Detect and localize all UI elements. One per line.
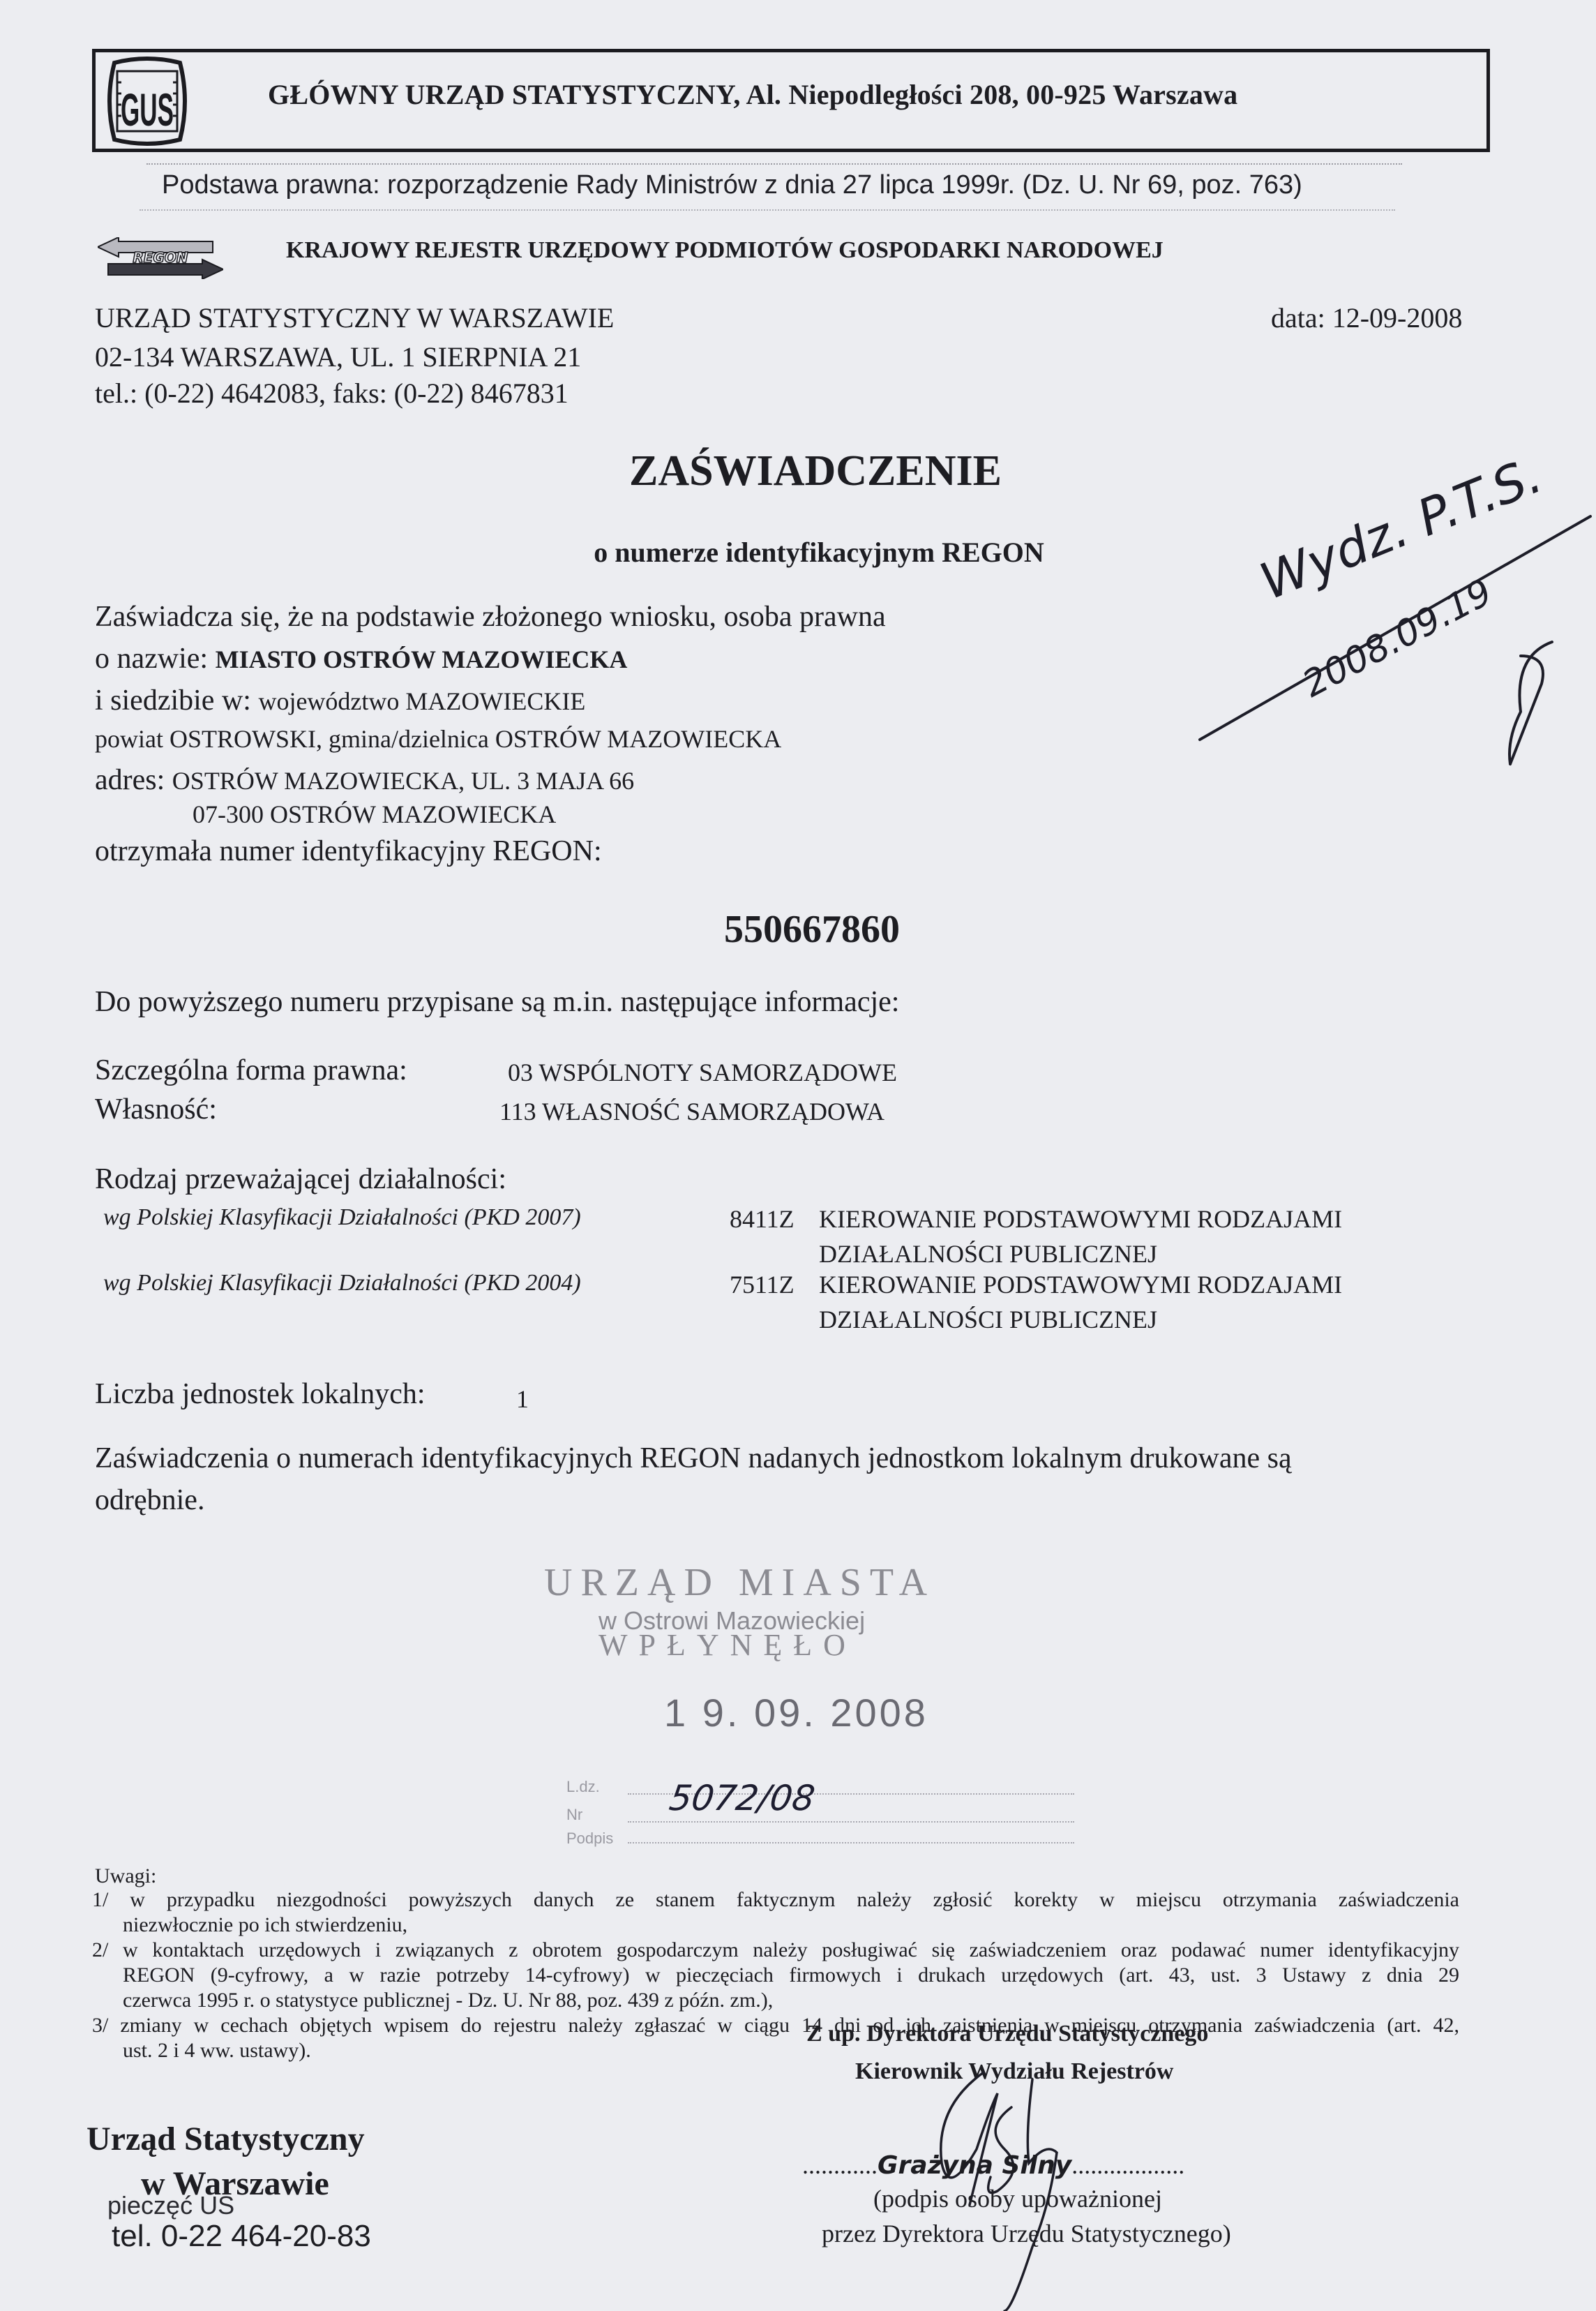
local-certs-note-cont: odrębnie. bbox=[95, 1483, 204, 1517]
ownership-label: Własność: bbox=[95, 1093, 217, 1126]
entity-name: MIASTO OSTRÓW MAZOWIECKA bbox=[216, 645, 628, 673]
office-stamp-title: Urząd Statystyczny bbox=[86, 2120, 365, 2158]
activity-label: Rodzaj przeważającej działalności: bbox=[95, 1162, 506, 1196]
note-1-cont: niezwłocznie po ich stwierdzeniu, bbox=[123, 1913, 407, 1937]
voivodeship-label: województwo bbox=[258, 687, 405, 715]
signature-caption-cont: przez Dyrektora Urzędu Statystycznego) bbox=[822, 2219, 1231, 2248]
district: powiat OSTROWSKI, gmina/dzielnica OSTRÓW… bbox=[95, 724, 781, 754]
note-2: 2/ w kontaktach urzędowych i związanych … bbox=[92, 1938, 1459, 1962]
divider bbox=[146, 163, 1402, 165]
entity-address-row: adres: OSTRÓW MAZOWIECKA, UL. 3 MAJA 66 bbox=[95, 763, 634, 797]
regon-number: 550667860 bbox=[0, 907, 1596, 952]
gus-logo-icon: GUS bbox=[102, 56, 193, 147]
intro-text: Zaświadcza się, że na podstawie złożoneg… bbox=[95, 600, 886, 634]
entity-name-label: o nazwie: bbox=[95, 643, 216, 675]
note-3-line: 3/ zmiany w cechach objętych wpisem do r… bbox=[92, 2014, 1459, 2037]
note-3: 3/ zmiany w cechach objętych wpisem do r… bbox=[92, 2014, 1459, 2037]
signature-on-behalf: Z up. Dyrektora Urzędu Statystycznego bbox=[806, 2021, 1208, 2047]
receipt-stamp-title: URZĄD MIASTA bbox=[544, 1560, 935, 1605]
receipt-stamp-nr-label: Nr bbox=[566, 1806, 582, 1824]
local-certs-note: Zaświadczenia o numerach identyfikacyjny… bbox=[95, 1442, 1292, 1475]
note-2-line: 2/ w kontaktach urzędowych i związanych … bbox=[92, 1938, 1459, 1962]
divider bbox=[628, 1821, 1074, 1823]
address-label: adres: bbox=[95, 764, 172, 796]
receipt-stamp-nr-value: 5072/08 bbox=[667, 1778, 818, 1818]
office-address: 02-134 WARSZAWA, UL. 1 SIERPNIA 21 bbox=[95, 341, 581, 373]
divider bbox=[628, 1842, 1074, 1843]
divider bbox=[140, 209, 1395, 211]
svg-text:2008.09.19: 2008.09.19 bbox=[1296, 571, 1499, 706]
voivodeship: MAZOWIECKIE bbox=[405, 687, 585, 715]
pkd-2007-classification: wg Polskiej Klasyfikacji Działalności (P… bbox=[103, 1204, 581, 1231]
note-2-line-b: REGON (9-cyfrowy, a w razie potrzeby 14-… bbox=[123, 1964, 1459, 1987]
receipt-stamp-signature-label: Podpis bbox=[566, 1830, 613, 1848]
issue-date: data: 12-09-2008 bbox=[1271, 301, 1462, 334]
handwritten-annotation: Wydz. P.T.S. 2008.09.19 bbox=[1186, 447, 1596, 893]
office-phone: tel.: (0-22) 4642083, faks: (0-22) 84678… bbox=[95, 377, 569, 410]
note-1-line: 1/ w przypadku niezgodności powyższych d… bbox=[92, 1888, 1459, 1912]
address-line-1: OSTRÓW MAZOWIECKA, UL. 3 MAJA 66 bbox=[172, 767, 634, 795]
agency-title: GŁÓWNY URZĄD STATYSTYCZNY, Al. Niepodleg… bbox=[268, 78, 1237, 111]
address-line-2: 07-300 OSTRÓW MAZOWIECKA bbox=[193, 800, 556, 829]
pkd-2004-description: KIEROWANIE PODSTAWOWYMI RODZAJAMI bbox=[819, 1270, 1342, 1299]
legal-form-value: 03 WSPÓLNOTY SAMORZĄDOWE bbox=[508, 1058, 897, 1087]
receipt-stamp-ldz-label: L.dz. bbox=[566, 1778, 600, 1796]
signatory-name: Grażyna Silny bbox=[878, 2151, 1071, 2180]
local-units-label: Liczba jednostek lokalnych: bbox=[95, 1377, 426, 1411]
receipt-stamp-received: WPŁYNĘŁO bbox=[598, 1627, 857, 1663]
receipt-stamp-date: 1 9. 09. 2008 bbox=[664, 1690, 928, 1735]
signature-caption: (podpis osoby upoważnionej bbox=[873, 2184, 1162, 2213]
pkd-2004-classification: wg Polskiej Klasyfikacji Działalności (P… bbox=[103, 1270, 581, 1296]
note-3-cont: ust. 2 i 4 ww. ustawy). bbox=[123, 2039, 311, 2063]
pkd-2007-code: 8411Z bbox=[730, 1204, 795, 1234]
pkd-2004-description-cont: DZIAŁALNOŚCI PUBLICZNEJ bbox=[819, 1305, 1157, 1334]
office-name: URZĄD STATYSTYCZNY W WARSZAWIE bbox=[95, 301, 614, 334]
note-2-cont2: czerwca 1995 r. o statystyce publicznej … bbox=[123, 1989, 773, 2012]
registry-title: KRAJOWY REJESTR URZĘDOWY PODMIOTÓW GOSPO… bbox=[286, 237, 1164, 264]
ownership-value: 113 WŁASNOŚĆ SAMORZĄDOWA bbox=[499, 1097, 884, 1126]
pkd-2007-description-cont: DZIAŁALNOŚCI PUBLICZNEJ bbox=[819, 1239, 1157, 1269]
note-1: 1/ w przypadku niezgodności powyższych d… bbox=[92, 1888, 1459, 1912]
svg-text:GUS: GUS bbox=[121, 84, 174, 135]
office-stamp-label: pieczęć US bbox=[107, 2191, 234, 2220]
legal-basis: Podstawa prawna: rozporządzenie Rady Min… bbox=[162, 170, 1302, 200]
received-label: otrzymała numer identyfikacyjny REGON: bbox=[95, 835, 602, 868]
pkd-2007-description: KIEROWANIE PODSTAWOWYMI RODZAJAMI bbox=[819, 1204, 1342, 1234]
seat-label: i siedzibie w: bbox=[95, 685, 258, 717]
note-2-cont: REGON (9-cyfrowy, a w razie potrzeby 14-… bbox=[123, 1964, 1459, 1987]
regon-arrows-icon: REGON bbox=[98, 237, 223, 279]
info-intro: Do powyższego numeru przypisane są m.in.… bbox=[95, 985, 899, 1019]
legal-form-label: Szczególna forma prawna: bbox=[95, 1054, 407, 1087]
svg-text:REGON: REGON bbox=[133, 249, 188, 266]
notes-title: Uwagi: bbox=[95, 1864, 156, 1888]
dotted-line: .................. bbox=[1071, 2151, 1184, 2179]
entity-name-row: o nazwie: MIASTO OSTRÓW MAZOWIECKA bbox=[95, 642, 627, 675]
local-units-value: 1 bbox=[516, 1384, 529, 1414]
office-stamp-phone: tel. 0-22 464-20-83 bbox=[112, 2219, 371, 2254]
pkd-2004-code: 7511Z bbox=[730, 1270, 795, 1299]
dotted-line: ............ bbox=[802, 2151, 878, 2179]
seat-row: i siedzibie w: województwo MAZOWIECKIE bbox=[95, 684, 585, 717]
signatory-row: ............Grażyna Silny...............… bbox=[802, 2151, 1184, 2180]
svg-text:Wydz. P.T.S.: Wydz. P.T.S. bbox=[1252, 445, 1550, 611]
